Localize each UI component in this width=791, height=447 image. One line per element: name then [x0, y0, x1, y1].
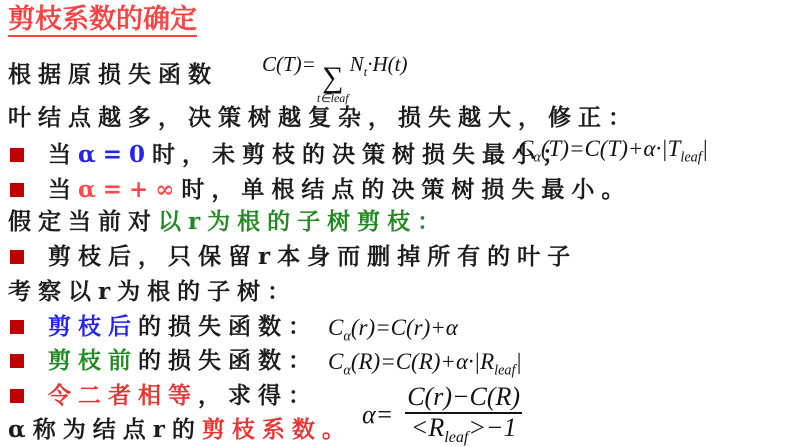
bullet-line-after-prune-keep-r: 剪枝后，只保留r本身而删掉所有的叶子 — [10, 242, 577, 272]
line1-text: 根据原损失函数 — [8, 60, 218, 90]
sum-operator: ∑t∈leaf — [317, 64, 349, 104]
text-line-loss-function: 根据原损失函数 — [8, 60, 218, 90]
f2-sub2: leaf — [680, 150, 701, 166]
line4-seg1: 当 — [48, 175, 78, 205]
line8-after-prune-blue: 剪枝后 — [48, 312, 138, 342]
line6-text: 剪枝后，只保留r本身而删掉所有的叶子 — [48, 242, 577, 272]
line3-seg3: 时，未剪枝的决策树损失最小； — [152, 140, 572, 170]
f5-densub: leaf — [444, 429, 468, 446]
formula-alpha-fraction: α= C(r)−C(R) <Rleaf>−1 — [362, 383, 526, 447]
fraction-denominator: <Rleaf>−1 — [405, 412, 523, 447]
line5-subtree-green: 以r为根的子树剪枝： — [158, 207, 447, 237]
f2-c: C — [518, 136, 533, 161]
bullet-square-icon — [10, 183, 24, 197]
f4-mid: (R)=C(R)+α·|R — [351, 349, 494, 374]
f4-sub2: leaf — [494, 363, 515, 379]
bullet-square-icon — [10, 320, 24, 334]
bullet-square-icon — [10, 148, 24, 162]
text-line-pruning-coefficient: α称为结点r的 剪枝系数。 — [8, 415, 352, 445]
line10-set-equal-red: 令二者相等 — [48, 381, 198, 411]
line4-seg3: 时，单根结点的决策树损失最小。 — [181, 175, 631, 205]
bullet-line-loss-before-prune: 剪枝前 的损失函数： Cα(R)=C(R)+α·|Rleaf| — [10, 346, 522, 386]
line5-seg1: 假定当前对 — [8, 207, 158, 237]
f5-den1: <R — [411, 413, 444, 442]
fraction: C(r)−C(R) <Rleaf>−1 — [401, 383, 526, 447]
f3-rest: (r)=C(r)+α — [351, 315, 458, 340]
sigma-symbol: ∑ — [322, 64, 343, 92]
line8-seg2: 的损失函数： — [138, 312, 318, 342]
f4-end: | — [516, 349, 522, 374]
page-title: 剪枝系数的确定 — [8, 4, 197, 37]
text-line-assume-prune: 假定当前对 以r为根的子树剪枝： — [8, 207, 447, 237]
bullet-line-alpha-zero: 当 α=0 时，未剪枝的决策树损失最小； — [10, 140, 572, 170]
line2-text: 叶结点越多，决策树越复杂，损失越大，修正： — [8, 103, 638, 133]
bullet-line-set-equal: 令二者相等 ，求得： — [10, 381, 318, 411]
line7-text: 考察以r为根的子树： — [8, 277, 297, 307]
formula-loss-before-prune: Cα(R)=C(R)+α·|Rleaf| — [328, 346, 522, 386]
f5-den2: >−1 — [468, 413, 516, 442]
line11-coef-red: 剪枝系数。 — [202, 415, 352, 445]
f2-end: | — [702, 136, 708, 161]
f1-term: N — [350, 52, 364, 76]
f4-csub: α — [343, 363, 350, 379]
line10-seg2: ，求得： — [198, 381, 318, 411]
line9-seg2: 的损失函数： — [138, 346, 318, 376]
text-line-examine-subtree: 考察以r为根的子树： — [8, 277, 297, 307]
f4-c: C — [328, 349, 343, 374]
text-line-more-leaves: 叶结点越多，决策树越复杂，损失越大，修正： — [8, 103, 638, 133]
f2-mid: (T)=C(T)+α·|T — [541, 136, 681, 161]
line11-seg1: α称为结点r的 — [8, 415, 202, 445]
f5-lead: α= — [362, 400, 393, 430]
f1-lhs: C(T)= — [262, 52, 316, 76]
fraction-numerator: C(r)−C(R) — [401, 383, 526, 412]
f2-csub: α — [533, 150, 540, 166]
line3-alpha-zero: α=0 — [78, 140, 152, 170]
bullet-square-icon — [10, 389, 24, 403]
slide: 剪枝系数的确定 根据原损失函数 C(T)=∑t∈leafNt·H(t) 叶结点越… — [0, 0, 791, 447]
bullet-square-icon — [10, 250, 24, 264]
line4-alpha-inf: α=+∞ — [78, 175, 181, 205]
f1-rest: ·H(t) — [367, 52, 407, 76]
line9-before-prune-green: 剪枝前 — [48, 346, 138, 376]
bullet-line-alpha-infinity: 当 α=+∞ 时，单根结点的决策树损失最小。 — [10, 175, 631, 205]
formula-corrected-loss: Cα(T)=C(T)+α·|Tleaf| — [518, 136, 708, 167]
line3-seg1: 当 — [48, 140, 78, 170]
f3-csub: α — [343, 329, 350, 345]
formula-original-loss: C(T)=∑t∈leafNt·H(t) — [262, 52, 408, 104]
bullet-square-icon — [10, 354, 24, 368]
f3-c: C — [328, 315, 343, 340]
